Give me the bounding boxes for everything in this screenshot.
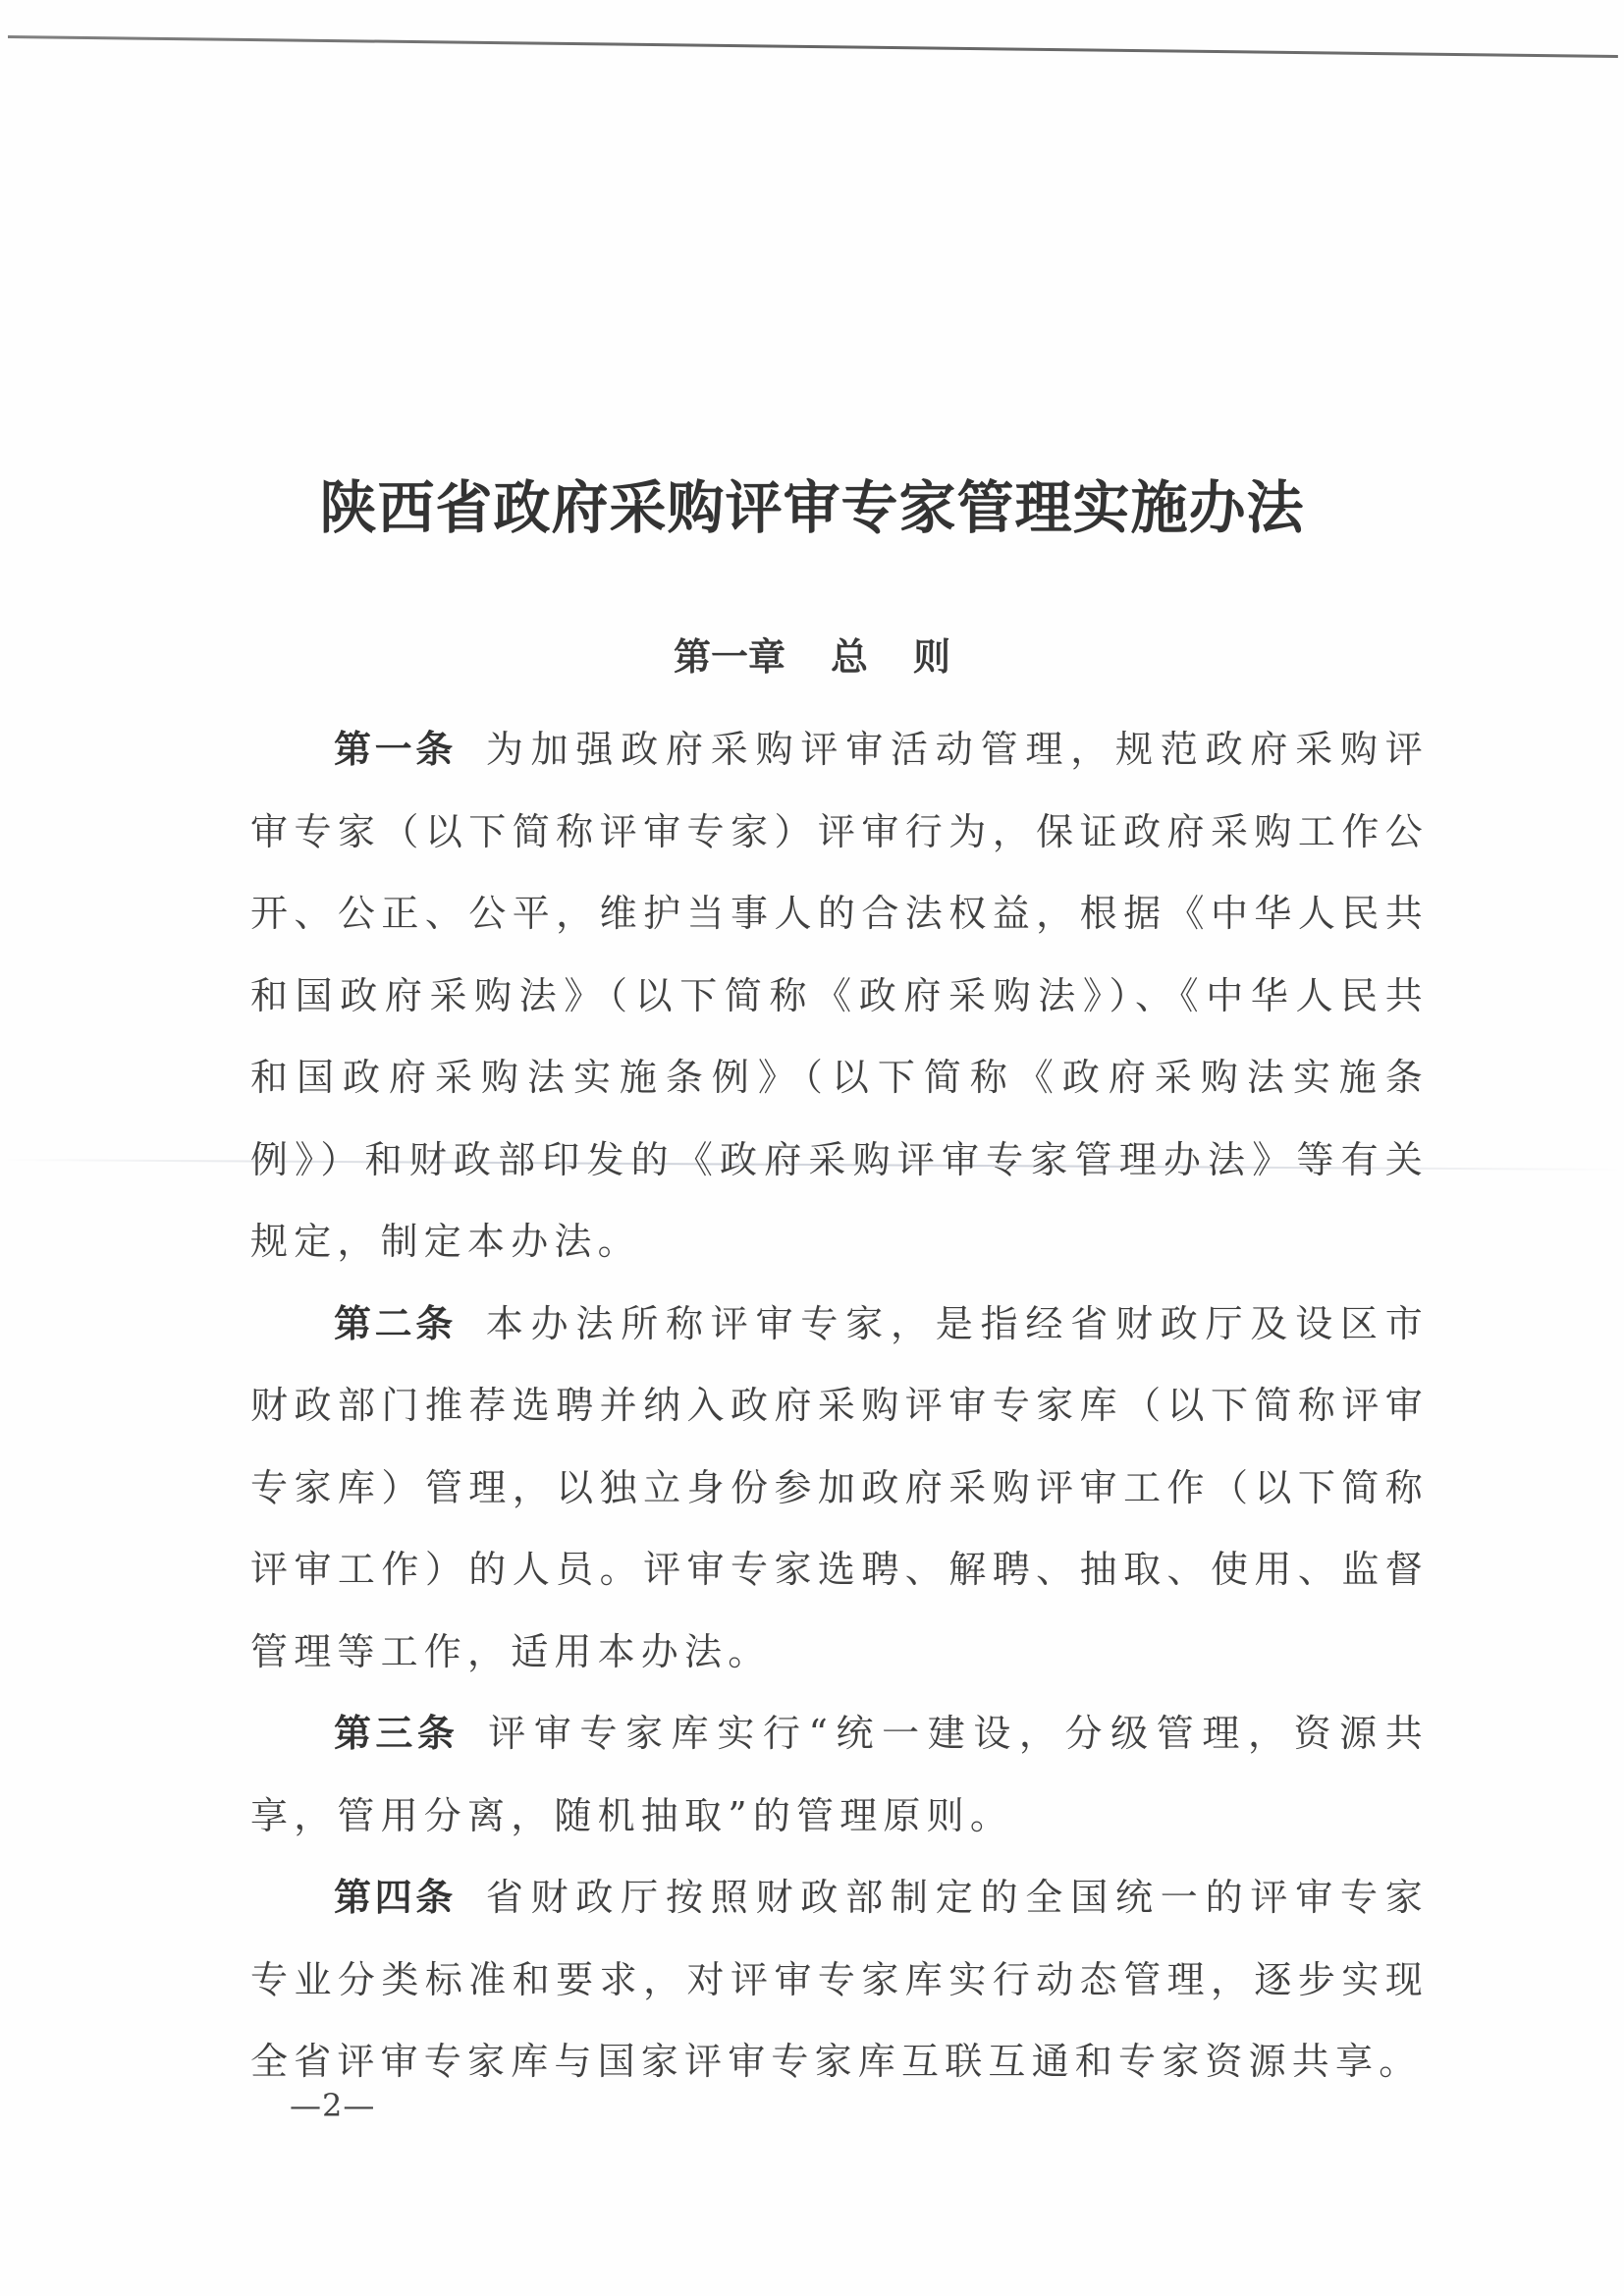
article-label: 第一条 <box>334 728 457 771</box>
article-label: 第四条 <box>334 1876 457 1919</box>
document-body: 第一条为加强政府采购评审活动管理，规范政府采购评审专家（以下简称评审专家）评审行… <box>250 709 1429 2104</box>
article-label: 第三条 <box>334 1712 459 1755</box>
page-number: —2— <box>290 2087 375 2124</box>
article-2: 第二条本办法所称评审专家，是指经省财政厅及设区市财政部门推荐选聘并纳入政府采购评… <box>250 1284 1429 1694</box>
document-page: 陕西省政府采购评审专家管理实施办法 第一章总则 第一条为加强政府采购评审活动管理… <box>0 0 1624 2296</box>
article-1: 第一条为加强政府采购评审活动管理，规范政府采购评审专家（以下简称评审专家）评审行… <box>250 709 1429 1284</box>
chapter-heading: 第一章总则 <box>0 627 1624 681</box>
article-text: 本办法所称评审专家，是指经省财政厅及设区市财政部门推荐选聘并纳入政府采购评审专家… <box>250 1302 1429 1673</box>
article-text: 为加强政府采购评审活动管理，规范政府采购评审专家（以下简称评审专家）评审行为，保… <box>250 728 1429 1263</box>
article-3: 第三条评审专家库实行“统一建设，分级管理，资源共享，管用分离，随机抽取”的管理原… <box>250 1693 1429 1857</box>
scan-edge-line <box>8 35 1618 58</box>
chapter-name-part2: 则 <box>913 635 950 679</box>
article-4: 第四条省财政厅按照财政部制定的全国统一的评审专家专业分类标准和要求，对评审专家库… <box>250 1857 1429 2104</box>
chapter-name-part1: 总 <box>831 635 868 679</box>
chapter-number: 第一章 <box>674 635 785 679</box>
document-title: 陕西省政府采购评审专家管理实施办法 <box>0 462 1624 544</box>
article-label: 第二条 <box>334 1302 457 1345</box>
